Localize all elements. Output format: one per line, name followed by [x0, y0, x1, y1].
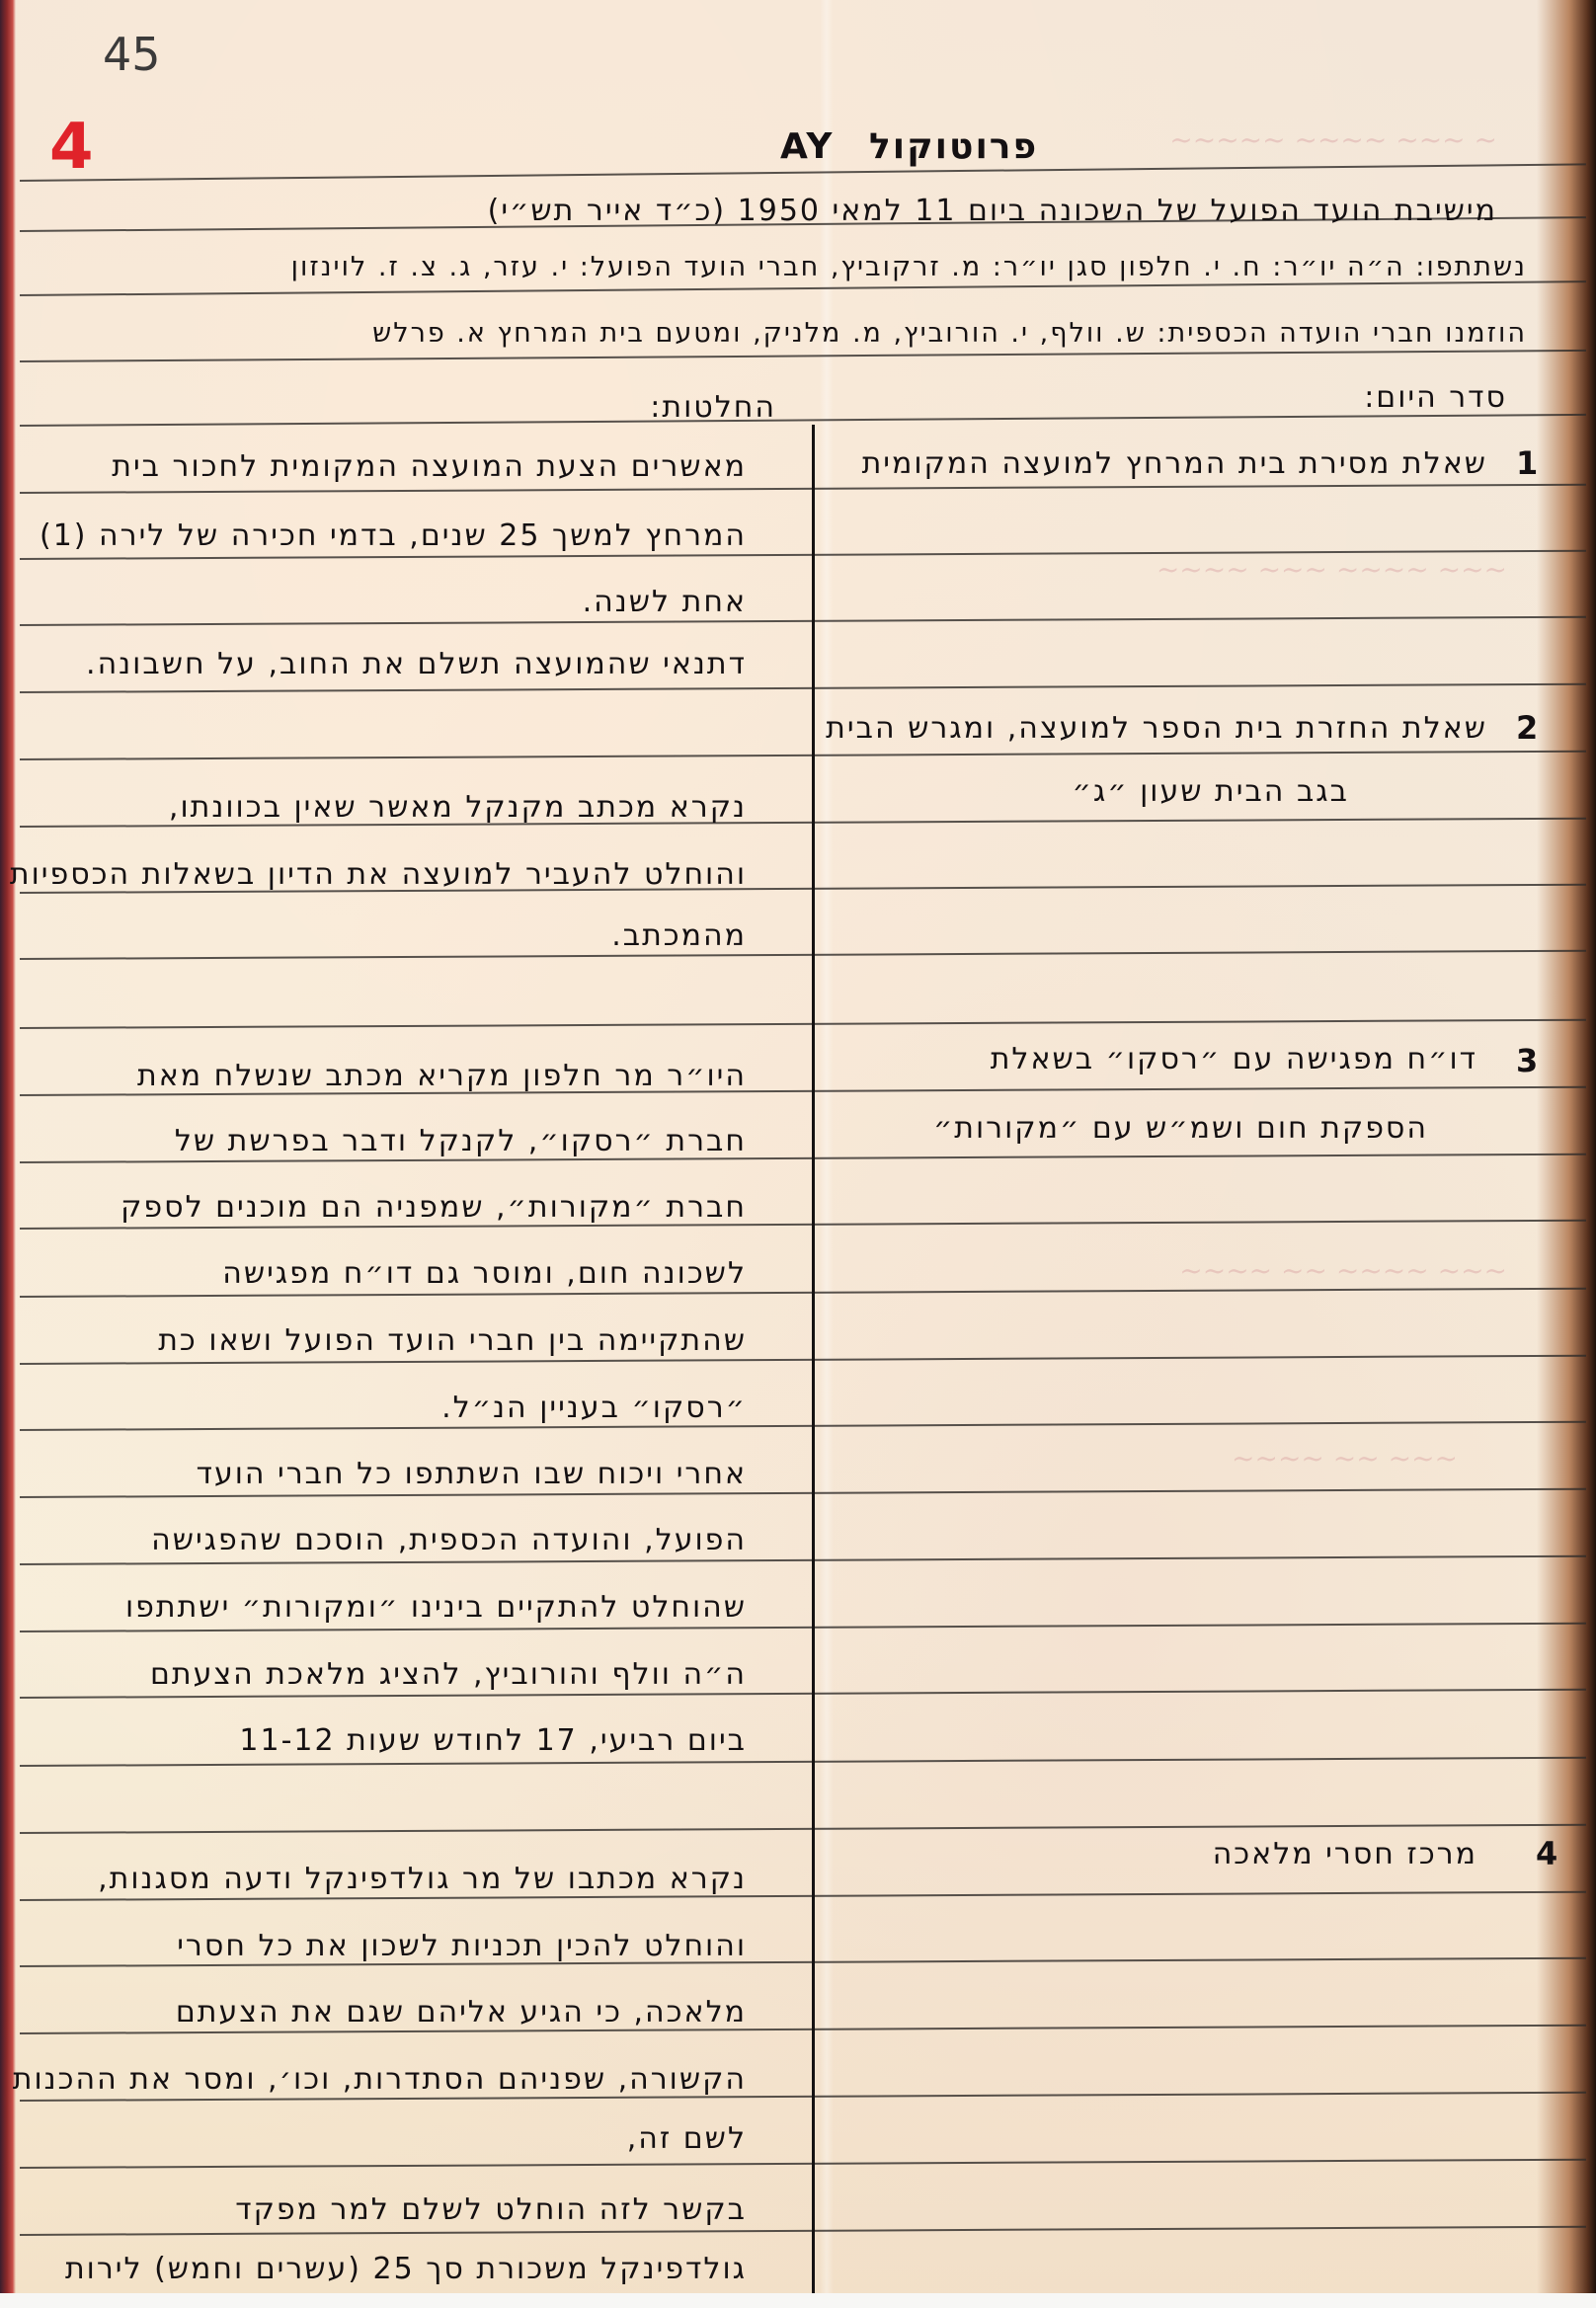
decision-line: גולדפינקל משכורת סך 25 (עשרים וחמש) לירו…	[65, 2252, 747, 2286]
header-invited-line: הוזמנו חברי הועדה הכספית: ש. וולף, י. הו…	[372, 318, 1527, 349]
bleed-through-text: ~ ~~~ ~~~~ ~~~~~	[1169, 123, 1497, 156]
bleed-through-text: ~~~ ~~~~ ~~ ~~~~	[1179, 1254, 1507, 1287]
page-right-shadow	[1537, 0, 1596, 2293]
decision-line: שהתקיימה בין חברי הועד הפועל ושאו כת	[158, 1323, 747, 1358]
decision-line: נקרא מכתבו של מר גולדפינקל ודעה מסגנות,	[98, 1862, 747, 1896]
page-title: פרוטוקול	[869, 126, 1038, 167]
decision-line: ביום רביעי, 17 לחודש שעות 11-12	[239, 1723, 747, 1758]
decision-line: אחרי ויכוח שבו השתתפו כל חברי הועד	[197, 1457, 747, 1491]
ruled-line	[20, 1757, 1586, 1767]
decision-line: דתנאי שהמועצה תשלם את החוב, על חשבונה.	[86, 647, 747, 681]
decision-line: מאשרים הצעת המועצה המקומית לחכור בית	[112, 449, 747, 484]
decision-line: בקשר לזה הוחלט לשלם למר מפקד	[235, 2192, 747, 2227]
column-divider	[812, 425, 815, 2293]
ruled-line	[20, 1824, 1586, 1834]
ruled-line	[20, 616, 1586, 626]
agenda-item-number: 4	[1536, 1835, 1557, 1872]
ruled-line	[20, 683, 1586, 693]
bleed-through-text: ~~~ ~~~~ ~~~ ~~~~	[1157, 553, 1507, 586]
header-meeting-line: מישיבת הועד הפועל של השכונה ביום 11 למאי…	[488, 194, 1497, 228]
ruled-line	[20, 484, 1586, 494]
agenda-item-text: דו״ח מפגישה עם ״רסקו״ בשאלת	[991, 1042, 1477, 1076]
ruled-line	[20, 751, 1586, 760]
decision-line: ה״ה וולף והורוביץ, להציג מלאכת הצעתם	[150, 1657, 747, 1692]
decision-line: והוחלט להעביר למועצה את הדיון בשאלות הכס…	[10, 857, 747, 892]
notebook-page: ~ ~~~ ~~~~ ~~~~~ ~~~ ~~~~ ~~~ ~~~~ ~~~ ~…	[0, 0, 1596, 2293]
title-mark: AY	[780, 126, 834, 167]
ruled-line	[20, 1421, 1586, 1431]
ruled-line	[20, 280, 1586, 296]
ruled-line	[20, 1019, 1586, 1029]
decision-line: מלאכה, כי הגיע אליהם שגם את הצעתם	[176, 1995, 747, 2029]
page-left-binding	[0, 0, 16, 2293]
decision-line: נקרא מכתב מקנקל מאשר שאין בכוונתו,	[169, 790, 747, 825]
agenda-item-text: שאלת מסירת בית המרחץ למועצה המקומית	[862, 446, 1487, 481]
decision-line: לשם זה,	[627, 2121, 747, 2156]
agenda-item-text: בגב הבית שעון ״ג״	[1073, 774, 1349, 809]
header-attendees-line: נשתתפו: ה״ה יו״ר: ח. י. חלפון סגן יו״ר: …	[291, 252, 1527, 282]
pencil-page-number: 45	[103, 28, 161, 81]
agenda-item-text: הספקת חום ושמ״ש עם ״מקורות״	[933, 1111, 1428, 1146]
decision-line: חברת ״רסקו״, לקנקל ודבר בפרשת של	[175, 1124, 747, 1158]
ruled-line	[20, 350, 1586, 362]
decision-line: ״רסקו״ בעניין הנ״ל.	[441, 1391, 747, 1425]
decision-line: היו״ר מר חלפון מקריא מכתב שנשלח מאת	[137, 1059, 747, 1093]
decision-line: והוחלט להכין תכניות לשכון את כל חסרי	[177, 1929, 747, 1963]
ruled-line	[20, 2159, 1586, 2169]
red-page-number: 4	[49, 111, 94, 184]
decision-line: אחת לשנה.	[583, 585, 747, 619]
decision-line: שהוחלט להתקיים בינינו ״ומקורות״ ישתתפו	[125, 1590, 747, 1625]
agenda-item-number: 1	[1516, 444, 1538, 482]
agenda-item-text: מרכז חסרי מלאכה	[1213, 1837, 1477, 1871]
bleed-through-text: ~~~ ~~ ~~~~	[1232, 1442, 1458, 1474]
ruled-line	[20, 2226, 1586, 2236]
decision-line: מהמכתב.	[611, 918, 747, 953]
agenda-item-number: 3	[1516, 1042, 1538, 1079]
decision-line: הפועל, והועדה הכספית, הוסכם שהפגישה	[151, 1523, 747, 1557]
decision-line: המרחץ למשך 25 שנים, בדמי חכירה של לירה (…	[40, 518, 747, 553]
ruled-line	[20, 950, 1586, 960]
decisions-label: החלטות:	[650, 390, 776, 425]
decision-line: לשכונה חום, ומוסר גם דו״ח מפגישה	[222, 1256, 747, 1291]
agenda-label: סדר היום:	[1364, 380, 1507, 415]
agenda-item-number: 2	[1516, 709, 1538, 747]
decision-line: הקשורה, שפניהם הסתדרות, וכו׳, ומסר את הה…	[13, 2062, 747, 2097]
decision-line: חברת ״מקורות״, שמפניה הם מוכנים לספק	[120, 1190, 747, 1225]
scan-bottom-margin	[0, 2293, 1596, 2308]
ruled-line	[20, 414, 1586, 427]
agenda-item-text: שאלת החזרת בית הספר למועצה, ומגרש הבית	[826, 711, 1487, 746]
